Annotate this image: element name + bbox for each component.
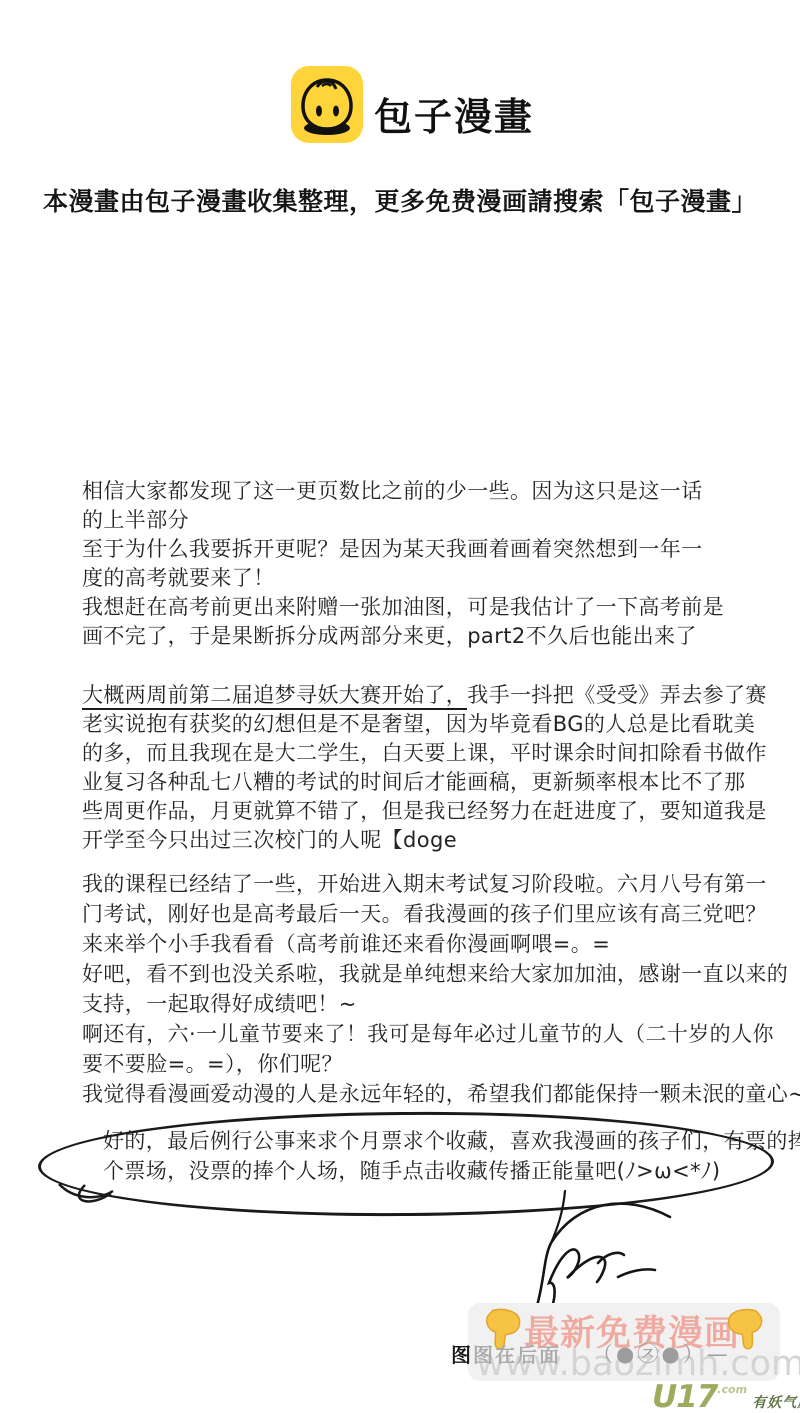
bubble-text: 好的，最后例行公事来求个月票求个收藏，喜欢我漫画的孩子们，有票的捧 个票场，没票… bbox=[103, 1126, 763, 1186]
note-line: 的多，而且我现在是大二学生，白天要上课，平时课余时间扣除看书做作 bbox=[82, 739, 782, 768]
comic-author-note-page: 包子漫畫 本漫畫由包子漫畫收集整理，更多免费漫画請搜索「包子漫畫」 相信大家都发… bbox=[0, 0, 800, 1413]
note-line: 大概两周前第二届追梦寻妖大赛开始了，我手一抖把《受受》弄去参了赛 bbox=[82, 681, 782, 710]
u17-logo-text: U17 bbox=[652, 1379, 717, 1413]
note-line: 老实说抱有获奖的幻想但是不是奢望，因为毕竟看BG的人总是比看耽美 bbox=[82, 710, 782, 739]
note-paragraph-2: 大概两周前第二届追梦寻妖大赛开始了，我手一抖把《受受》弄去参了赛 老实说抱有获奖… bbox=[82, 681, 782, 855]
note-line: 至于为什么我要拆开更呢？是因为某天我画着画着突然想到一年一 bbox=[82, 535, 782, 564]
note-paragraph-1: 相信大家都发现了这一更页数比之前的少一些。因为这只是这一话 的上半部分 至于为什… bbox=[82, 477, 782, 651]
note-line: 开学至今只出过三次校门的人呢【doge bbox=[82, 826, 782, 855]
image-behind-caption: 图图在后面 bbox=[451, 1339, 561, 1368]
bao-bun-icon bbox=[291, 66, 363, 143]
note-line: 的上半部分 bbox=[82, 506, 782, 535]
u17-logo: U17.com 有妖气原创漫画 bbox=[652, 1379, 800, 1413]
note-paragraph-3: 我的课程已经结了一些，开始进入期末考试复习阶段啦。六月八号有第一 门考试，刚好也… bbox=[82, 869, 782, 1109]
bubble-pinch-squiggle bbox=[55, 1183, 115, 1207]
note-line: 我想赶在高考前更出来附赠一张加油图，可是我估计了一下高考前是 bbox=[82, 593, 782, 622]
brand-name: 包子漫畫 bbox=[374, 86, 534, 141]
bubble-line: 个票场，没票的捧个人场，随手点击收藏传播正能量吧(ﾉ>ω<*ﾉ) bbox=[103, 1156, 763, 1186]
note-line: 业复习各种乱七八糟的考试的时间后才能画稿，更新频率根本比不了那 bbox=[82, 768, 782, 797]
note-line: 啊还有，六·一儿童节要来了！我可是每年必过儿童节的人（二十岁的人你 bbox=[82, 1019, 782, 1049]
note-line: 支持，一起取得好成绩吧！~ bbox=[82, 989, 782, 1019]
note-line: 相信大家都发现了这一更页数比之前的少一些。因为这只是这一话 bbox=[82, 477, 782, 506]
note-line: 我的课程已经结了一些，开始进入期末考试复习阶段啦。六月八号有第一 bbox=[82, 869, 782, 899]
note-line: 要不要脸=。=），你们呢？ bbox=[82, 1049, 782, 1079]
note-line: 我觉得看漫画爱动漫的人是永远年轻的，希望我们都能保持一颗未泯的童心~ bbox=[82, 1079, 782, 1109]
u17-tagline: 有妖气原创漫画 bbox=[752, 1395, 800, 1411]
collection-notice: 本漫畫由包子漫畫收集整理，更多免费漫画請搜索「包子漫畫」 bbox=[0, 182, 800, 218]
u17-dotcom-text: .com bbox=[717, 1383, 747, 1396]
bear-kaomoji: （●㉨●）— bbox=[592, 1338, 731, 1368]
caption-light-text: 图在后面 bbox=[473, 1343, 561, 1367]
underlined-contest-announcement: 大概两周前第二届追梦寻妖大赛开始了， bbox=[82, 683, 467, 710]
note-line: 画不完了，于是果断拆分成两部分来更，part2不久后也能出来了 bbox=[82, 622, 782, 651]
note-line: 好吧，看不到也没关系啦，我就是单纯想来给大家加加油，感谢一直以来的 bbox=[82, 959, 782, 989]
note-line: 门考试，刚好也是高考最后一天。看我漫画的孩子们里应该有高三党吧？ bbox=[82, 899, 782, 929]
caption-dark-char: 图 bbox=[451, 1343, 473, 1367]
note-line: 度的高考就要来了！ bbox=[82, 564, 782, 593]
note-line: 些周更作品，月更就算不错了，但是我已经努力在赶进度了，要知道我是 bbox=[82, 797, 782, 826]
bubble-line: 好的，最后例行公事来求个月票求个收藏，喜欢我漫画的孩子们，有票的捧 bbox=[103, 1126, 763, 1156]
note-line: 来来举个小手我看看（高考前谁还来看你漫画啊喂=。= bbox=[82, 929, 782, 959]
note-line-rest: 我手一抖把《受受》弄去参了赛 bbox=[467, 683, 767, 707]
